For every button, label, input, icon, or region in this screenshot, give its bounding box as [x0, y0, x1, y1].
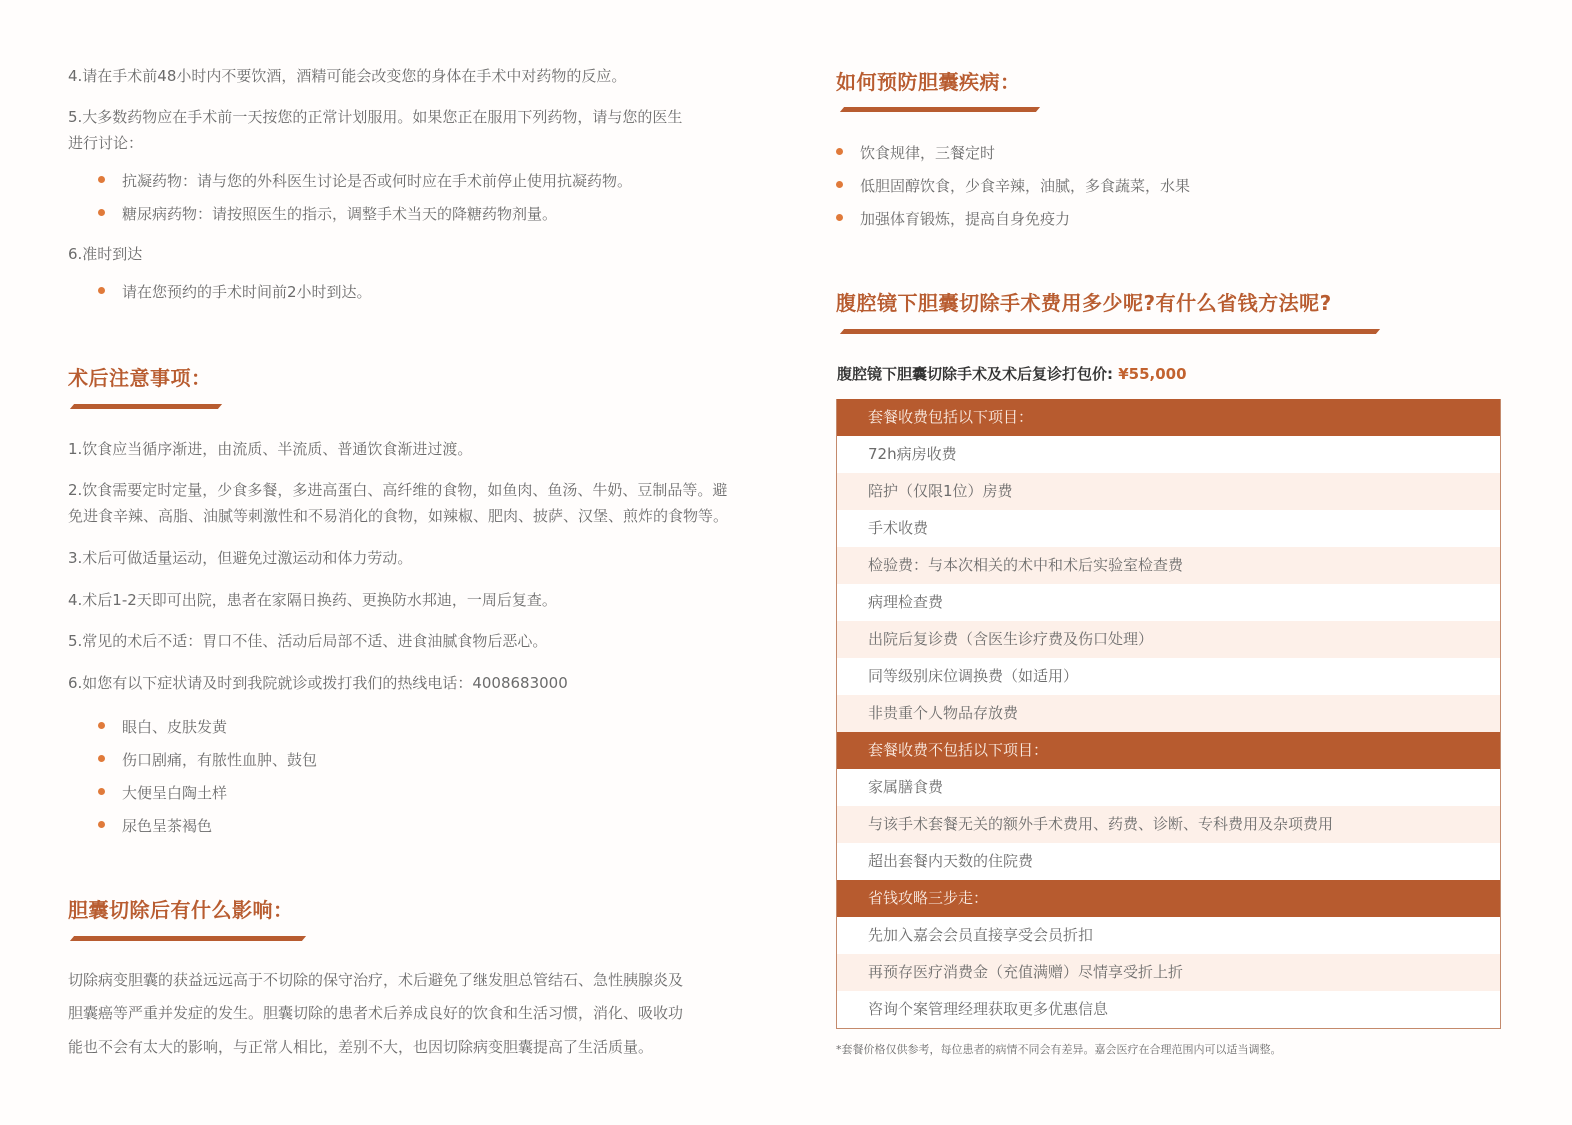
bullet-dot-icon [98, 176, 105, 183]
impact-line-2: 胆囊癌等严重并发症的发生。胆囊切除的患者术后养成良好的饮食和生活习惯，消化、吸收… [68, 1000, 683, 1026]
bullet-dot-icon [836, 181, 843, 188]
pre-op-item-4: 4.请在手术前48小时内不要饮酒，酒精可能会改变您的身体在手术中对药物的反应。 [68, 63, 626, 89]
title-underline [840, 107, 1040, 112]
impact-title: 胆囊切除后有什么影响： [68, 894, 294, 923]
bullet-text: 糖尿病药物：请按照医生的指示，调整手术当天的降糖药物剂量。 [122, 205, 557, 223]
prevention-low-cholesterol: 低胆固醇饮食，少食辛辣，油腻，多食蔬菜，水果 [860, 175, 1190, 196]
tips-header: 省钱攻略三步走： [837, 880, 1500, 917]
included-row: 同等级别床位调换费（如适用） [837, 658, 1500, 695]
included-row: 72h病房收费 [837, 436, 1500, 473]
package-price-label: 腹腔镜下胆囊切除手术及术后复诊打包价: [837, 365, 1118, 383]
bullet-dot-icon [98, 821, 105, 828]
symptom-jaundice: 眼白、皮肤发黄 [122, 716, 227, 737]
bullet-text: 抗凝药物：请与您的外科医生讨论是否或何时应在手术前停止使用抗凝药物。 [122, 172, 632, 190]
bullet-text: 低胆固醇饮食，少食辛辣，油腻，多食蔬菜，水果 [860, 177, 1190, 195]
symptom-clay-stool: 大便呈白陶土样 [122, 782, 227, 803]
package-table: 套餐收费包括以下项目： 72h病房收费 陪护（仅限1位）房费 手术收费 检验费：… [836, 399, 1501, 1029]
bullet-dot-icon [836, 214, 843, 221]
post-op-title: 术后注意事项： [68, 362, 212, 391]
bullet-text: 眼白、皮肤发黄 [122, 718, 227, 736]
title-underline [70, 936, 306, 941]
bullet-dot-icon [98, 788, 105, 795]
post-op-item-1: 1.饮食应当循序渐进，由流质、半流质、普通饮食渐进过渡。 [68, 436, 472, 462]
bullet-dot-icon [836, 148, 843, 155]
impact-line-3: 能也不会有太大的影响，与正常人相比，差别不大，也因切除病变胆囊提高了生活质量。 [68, 1034, 653, 1060]
bullet-text: 大便呈白陶土样 [122, 784, 227, 802]
prevention-title: 如何预防胆囊疾病： [836, 66, 1021, 95]
cost-title: 腹腔镜下胆囊切除手术费用多少呢?有什么省钱方法呢? [836, 287, 1332, 316]
impact-line-1: 切除病变胆囊的获益远远高于不切除的保守治疗，术后避免了继发胆总管结石、急性胰腺炎… [68, 967, 683, 993]
pre-op-item-5-line2: 进行讨论： [68, 130, 143, 156]
excluded-row: 超出套餐内天数的住院费 [837, 843, 1500, 880]
brochure-page: 4.请在手术前48小时内不要饮酒，酒精可能会改变您的身体在手术中对药物的反应。 … [0, 0, 1572, 1125]
pre-op-item-5-line1: 5.大多数药物应在手术前一天按您的正常计划服用。如果您正在服用下列药物，请与您的… [68, 104, 682, 130]
tip-row: 再预存医疗消费金（充值满赠）尽情享受折上折 [837, 954, 1500, 991]
excluded-row: 家属膳食费 [837, 769, 1500, 806]
post-op-item-3: 3.术后可做适量运动，但避免过激运动和体力劳动。 [68, 545, 412, 571]
package-price-line: 腹腔镜下胆囊切除手术及术后复诊打包价: ¥55,000 [837, 363, 1187, 384]
post-op-item-4: 4.术后1-2天即可出院，患者在家隔日换药、更换防水邦迪，一周后复查。 [68, 587, 557, 613]
included-row: 病理检查费 [837, 584, 1500, 621]
bullet-text: 请在您预约的手术时间前2小时到达。 [122, 283, 372, 301]
excluded-row: 与该手术套餐无关的额外手术费用、药费、诊断、专科费用及杂项费用 [837, 806, 1500, 843]
pre-op-item-6: 6.准时到达 [68, 241, 142, 267]
title-underline [70, 404, 222, 409]
bullet-text: 伤口剧痛，有脓性血肿、鼓包 [122, 751, 317, 769]
price-footnote: *套餐价格仅供参考，每位患者的病情不同会有差异。嘉会医疗在合理范围内可以适当调整… [836, 1041, 1282, 1057]
post-op-item-2-line2: 免进食辛辣、高脂、油腻等刺激性和不易消化的食物，如辣椒、肥肉、披萨、汉堡、煎炸的… [68, 503, 728, 529]
package-price-value: ¥55,000 [1118, 365, 1186, 383]
bullet-text: 尿色呈茶褐色 [122, 817, 212, 835]
bullet-text: 饮食规律，三餐定时 [860, 144, 995, 162]
title-underline [840, 329, 1380, 334]
bullet-text: 加强体育锻炼，提高自身免疫力 [860, 210, 1070, 228]
included-row: 手术收费 [837, 510, 1500, 547]
tip-row: 咨询个案管理经理获取更多优惠信息 [837, 991, 1500, 1028]
prevention-regular-meals: 饮食规律，三餐定时 [860, 142, 995, 163]
bullet-dot-icon [98, 209, 105, 216]
post-op-item-5: 5.常见的术后不适：胃口不佳、活动后局部不适、进食油腻食物后恶心。 [68, 628, 547, 654]
bullet-arrive-on-time: 请在您预约的手术时间前2小时到达。 [122, 281, 372, 302]
symptom-wound-pain: 伤口剧痛，有脓性血肿、鼓包 [122, 749, 317, 770]
bullet-anticoagulant: 抗凝药物：请与您的外科医生讨论是否或何时应在手术前停止使用抗凝药物。 [122, 170, 632, 191]
included-header: 套餐收费包括以下项目： [837, 399, 1500, 436]
bullet-dot-icon [98, 287, 105, 294]
tip-row: 先加入嘉会会员直接享受会员折扣 [837, 917, 1500, 954]
post-op-item-6-hotline: 6.如您有以下症状请及时到我院就诊或拨打我们的热线电话：4008683000 [68, 670, 568, 696]
prevention-exercise: 加强体育锻炼，提高自身免疫力 [860, 208, 1070, 229]
included-row: 陪护（仅限1位）房费 [837, 473, 1500, 510]
included-row: 出院后复诊费（含医生诊疗费及伤口处理） [837, 621, 1500, 658]
symptom-dark-urine: 尿色呈茶褐色 [122, 815, 212, 836]
excluded-header: 套餐收费不包括以下项目： [837, 732, 1500, 769]
post-op-item-2-line1: 2.饮食需要定时定量，少食多餐，多进高蛋白、高纤维的食物，如鱼肉、鱼汤、牛奶、豆… [68, 477, 727, 503]
bullet-dot-icon [98, 755, 105, 762]
included-row: 检验费：与本次相关的术中和术后实验室检查费 [837, 547, 1500, 584]
bullet-diabetes-medication: 糖尿病药物：请按照医生的指示，调整手术当天的降糖药物剂量。 [122, 203, 557, 224]
bullet-dot-icon [98, 722, 105, 729]
included-row: 非贵重个人物品存放费 [837, 695, 1500, 732]
